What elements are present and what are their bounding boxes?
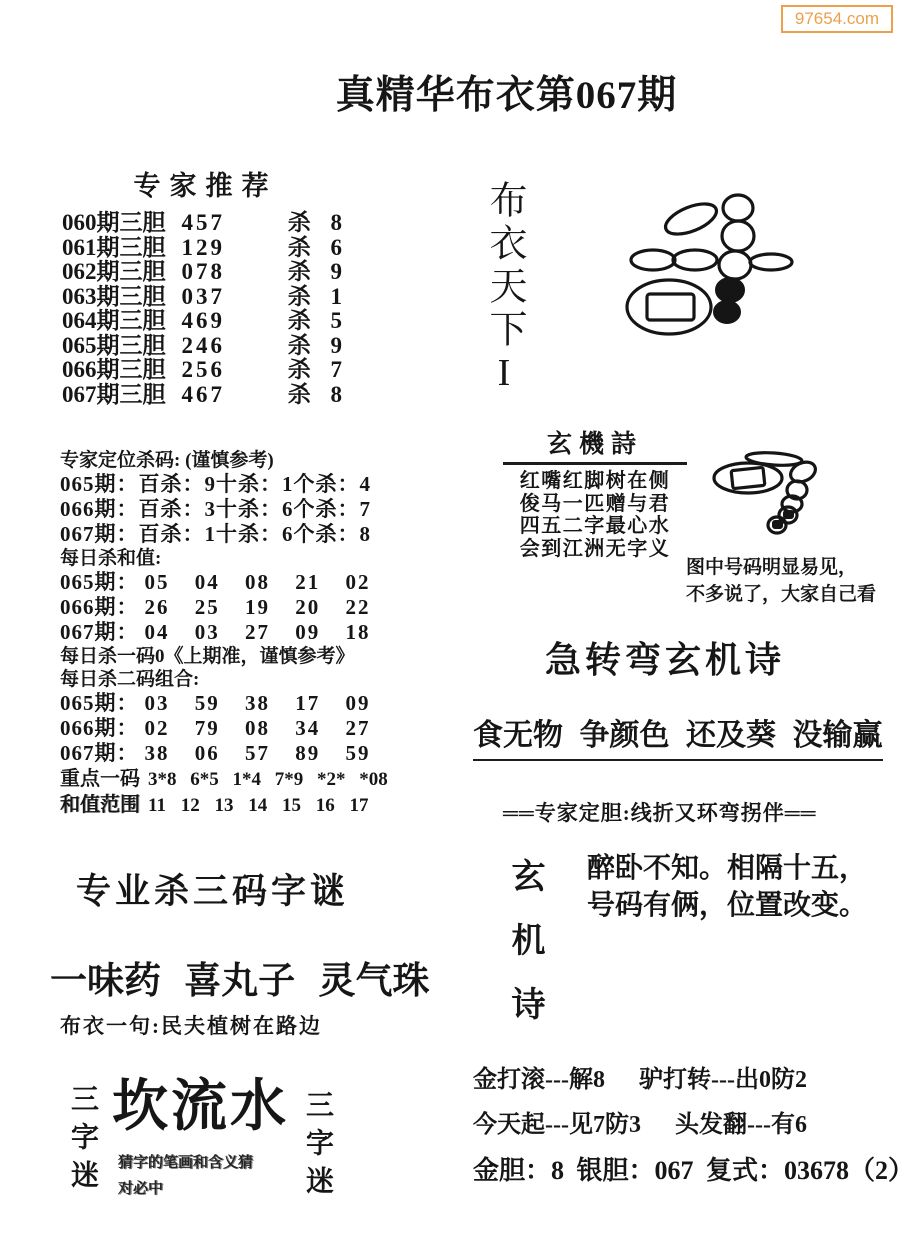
row-period: 067期三胆 <box>62 383 166 408</box>
xuanjishi-vertical-label: 玄机诗 <box>500 858 549 1050</box>
xuanji-poem-title: 玄機詩 <box>503 424 687 465</box>
xuanji-poem-line: 四五二字最心水 <box>503 515 687 538</box>
three-char-riddle-label-right: 三字迷 <box>297 1090 337 1204</box>
watermark-badge[interactable]: 97654.com <box>781 5 893 33</box>
coin-chain-sketch <box>696 446 848 542</box>
sum-range-label: 和值范围 <box>60 794 140 816</box>
row-kill: 杀 9 <box>288 334 349 359</box>
row-period: 065期： <box>60 691 139 715</box>
recommend-row: 061期三胆 129 杀 6 <box>62 236 349 261</box>
row-numbers: 037 <box>182 285 226 310</box>
drunk-poem-line: 醉卧不知。相隔十五， <box>587 850 867 887</box>
recommend-row: 063期三胆 037 杀 1 <box>62 285 349 310</box>
recommend-row: 065期三胆 246 杀 9 <box>62 334 349 359</box>
row-period: 062期三胆 <box>62 260 166 285</box>
row-values: 26 25 19 20 22 <box>145 595 371 619</box>
kill-two-code-row: 065期：03 59 38 17 09 <box>60 691 410 716</box>
kill-position-row: 066期：百杀：3十杀：6个杀：7 <box>60 497 410 522</box>
row-period: 066期： <box>60 716 139 740</box>
kill-two-code-row: 067期：38 06 57 89 59 <box>60 741 410 766</box>
coin-stones-sketch <box>556 186 800 336</box>
row-period: 067期： <box>60 620 139 644</box>
riddle-hint-note: 猜字的笔画和含义猜 对必中 <box>118 1150 253 1202</box>
row-values: 05 04 08 21 02 <box>145 570 371 594</box>
row-numbers: 457 <box>182 211 226 236</box>
recommend-row: 062期三胆 078 杀 9 <box>62 260 349 285</box>
final-dan-line: 金胆：8 银胆：067 复式：03678（2） <box>473 1148 903 1194</box>
row-period: 066期： <box>60 595 139 619</box>
sharp-turn-riddle-line: 食无物 争颜色 还及葵 没输赢 <box>473 710 883 761</box>
sketch-caption: 图中号码明显易见， 不多说了，大家自己看 <box>686 554 876 608</box>
three-code-puzzle-title: 专业杀三码字谜 <box>76 864 349 914</box>
key-code-label: 重点一码 <box>60 768 140 790</box>
sketch-caption-line: 不多说了，大家自己看 <box>686 581 876 608</box>
prediction-item: 头发翻---有6 <box>675 1103 807 1148</box>
row-values: 02 79 08 34 27 <box>145 716 371 740</box>
row-numbers: 078 <box>182 260 226 285</box>
recommend-row: 067期三胆 467 杀 8 <box>62 383 349 408</box>
xuanji-poem-box: 玄機詩 红嘴红脚树在侧 俊马一匹赠与君 四五二字最心水 会到江洲无字义 <box>503 424 687 560</box>
kill-sum-row: 067期：04 03 27 09 18 <box>60 620 410 645</box>
kill-one-code-line: 每日杀一码0《上期准，谨慎参考》 <box>60 645 410 668</box>
kill-code-section: 专家定位杀码: (谨慎参考) 065期：百杀：9十杀：1个杀：4 066期：百杀… <box>60 449 410 818</box>
row-period: 063期三胆 <box>62 285 166 310</box>
row-period: 061期三胆 <box>62 236 166 261</box>
buyi-sentence: 布衣一句:民夫植树在路边 <box>60 1010 322 1040</box>
row-numbers: 129 <box>182 236 226 261</box>
kill-position-row: 065期：百杀：9十杀：1个杀：4 <box>60 472 410 497</box>
row-period: 066期三胆 <box>62 358 166 383</box>
row-values: 38 06 57 89 59 <box>145 741 371 765</box>
buyi-tianxia-vertical-title: 布衣天下I <box>485 180 523 399</box>
row-numbers: 256 <box>182 358 226 383</box>
kill-sum-row: 066期：26 25 19 20 22 <box>60 595 410 620</box>
row-period: 067期： <box>60 741 139 765</box>
three-char-riddle-label-left: 三字迷 <box>62 1084 102 1198</box>
three-char-riddle-answer: 坎流水 <box>112 1062 289 1142</box>
expert-dingdan-line: ══专家定胆:线折又环弯拐伴══ <box>503 797 817 827</box>
row-numbers: 467 <box>182 383 226 408</box>
prediction-row: 今天起---见7防3 头发翻---有6 <box>473 1103 903 1148</box>
row-values: 03 59 38 17 09 <box>145 691 371 715</box>
row-period: 060期三胆 <box>62 211 166 236</box>
kill-two-code-header: 每日杀二码组合: <box>60 668 410 691</box>
three-code-puzzle-words: 一味药 喜丸子 灵气珠 <box>50 950 430 1004</box>
row-kill: 杀 7 <box>288 358 349 383</box>
row-period: 065期： <box>60 570 139 594</box>
sketch-caption-line: 图中号码明显易见， <box>686 554 876 581</box>
xuanji-poem-line: 会到江洲无字义 <box>503 538 687 561</box>
prediction-item: 今天起---见7防3 <box>473 1103 641 1148</box>
prediction-row: 金打滚---解8 驴打转---出0防2 <box>473 1058 903 1103</box>
recommend-row: 066期三胆 256 杀 7 <box>62 358 349 383</box>
row-numbers: 246 <box>182 334 226 359</box>
drunk-poem: 醉卧不知。相隔十五， 号码有俩，位置改变。 <box>587 850 867 924</box>
row-period: 065期三胆 <box>62 334 166 359</box>
kill-sum-header: 每日杀和值: <box>60 547 410 570</box>
kill-position-header: 专家定位杀码: (谨慎参考) <box>60 449 410 472</box>
recommend-row: 064期三胆 469 杀 5 <box>62 309 349 334</box>
sharp-turn-poem-title: 急转弯玄机诗 <box>545 632 785 683</box>
recommend-row: 060期三胆 457 杀 8 <box>62 211 349 236</box>
prediction-item: 金打滚---解8 <box>473 1058 605 1103</box>
expert-recommend-section: 专家推荐 060期三胆 457 杀 8 061期三胆 129 杀 6 062期三… <box>62 164 349 407</box>
riddle-hint-line: 猜字的笔画和含义猜 <box>118 1150 253 1176</box>
sum-range-line: 和值范围11 12 13 14 15 16 17 <box>60 793 410 818</box>
xuanji-poem-line: 红嘴红脚树在侧 <box>503 470 687 493</box>
row-kill: 杀 6 <box>288 236 349 261</box>
bottom-predictions: 金打滚---解8 驴打转---出0防2 今天起---见7防3 头发翻---有6 … <box>473 1058 903 1194</box>
kill-position-row: 067期：百杀：1十杀：6个杀：8 <box>60 522 410 547</box>
xuanji-poem-line: 俊马一匹赠与君 <box>503 493 687 516</box>
sum-range-values: 11 12 13 14 15 16 17 <box>148 795 368 816</box>
row-values: 04 03 27 09 18 <box>145 620 371 644</box>
watermark-text: 97654.com <box>795 9 879 28</box>
kill-two-code-row: 066期：02 79 08 34 27 <box>60 716 410 741</box>
lottery-tip-sheet: 97654.com 真精华布衣第067期 专家推荐 060期三胆 457 杀 8… <box>0 0 903 1257</box>
row-numbers: 469 <box>182 309 226 334</box>
row-kill: 杀 5 <box>288 309 349 334</box>
prediction-item: 驴打转---出0防2 <box>639 1058 807 1103</box>
row-kill: 杀 1 <box>288 285 349 310</box>
riddle-hint-line: 对必中 <box>118 1176 253 1202</box>
kill-sum-row: 065期：05 04 08 21 02 <box>60 570 410 595</box>
drunk-poem-line: 号码有俩，位置改变。 <box>587 887 867 924</box>
row-kill: 杀 8 <box>288 211 349 236</box>
row-period: 064期三胆 <box>62 309 166 334</box>
row-kill: 杀 8 <box>288 383 349 408</box>
row-kill: 杀 9 <box>288 260 349 285</box>
page-title: 真精华布衣第067期 <box>55 64 903 120</box>
key-code-values: 3*8 6*5 1*4 7*9 *2* *08 <box>148 769 388 790</box>
expert-recommend-title: 专家推荐 <box>62 164 349 203</box>
key-code-line: 重点一码3*8 6*5 1*4 7*9 *2* *08 <box>60 766 410 793</box>
